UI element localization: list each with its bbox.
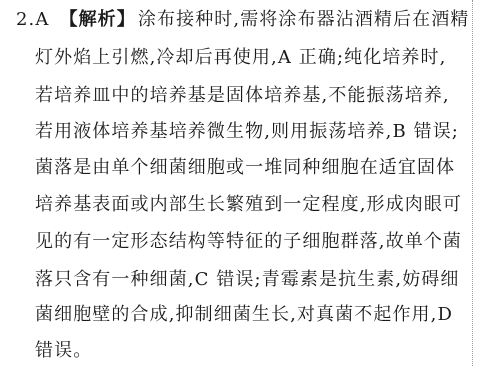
explanation-text: 涂布接种时,需将涂布器沾酒精后在酒精 (138, 9, 470, 30)
explanation-line-7: 见的有一定形态结构等特征的子细胞群落,故单个菌 (35, 232, 462, 252)
explanation-line-5: 菌落是由单个细菌细胞或一堆同种细胞在适宜固体 (35, 158, 455, 178)
explanation-line-2: 灯外焰上引燃,冷却后再使用,A 正确;纯化培养时, (35, 48, 446, 68)
explanation-line-8: 落只含有一种细菌,C 错误;青霉素是抗生素,妨碍细 (35, 270, 460, 290)
explanation-line-6: 培养基表面或内部生长繁殖到一定程度,形成肉眼可 (35, 195, 462, 215)
explanation-line-1: 2.A【解析】涂布接种时,需将涂布器沾酒精后在酒精 (16, 10, 469, 30)
page-margin-dotted-line (472, 0, 473, 366)
question-number: 2.A (16, 9, 49, 30)
analysis-tag: 【解析】 (59, 9, 135, 30)
answer-explanation: 2.A【解析】涂布接种时,需将涂布器沾酒精后在酒精 灯外焰上引燃,冷却后再使用,… (0, 0, 470, 366)
explanation-line-4: 若用液体培养基培养微生物,则用振荡培养,B 错误; (35, 122, 459, 142)
explanation-line-3: 若培养皿中的培养基是固体培养基,不能振荡培养, (35, 86, 450, 106)
explanation-line-9: 菌细胞壁的合成,抑制细菌生长,对真菌不起作用,D (35, 305, 453, 325)
explanation-line-10: 错误。 (35, 341, 92, 361)
